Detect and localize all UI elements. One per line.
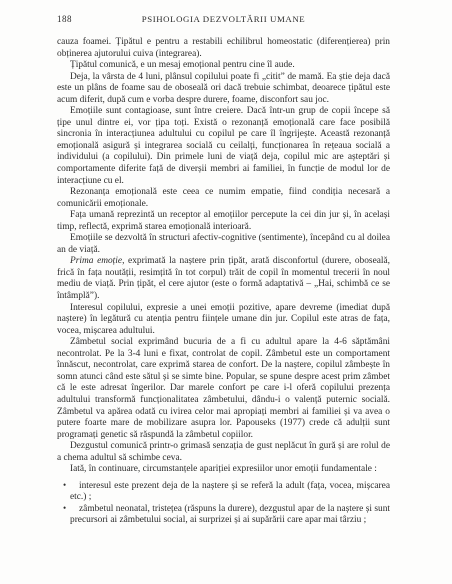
bullet-icon: • — [63, 503, 66, 515]
paragraph: Dezgustul comunică printr-o grimasă senz… — [57, 441, 390, 464]
italic-term: Prima emoție — [70, 256, 122, 266]
bullet-icon: • — [63, 480, 66, 492]
list-item: •interesul este prezent deja de la naște… — [57, 481, 390, 504]
paragraph: Emoțiile se dezvoltă în structuri afecti… — [57, 233, 390, 256]
page-body: cauza foamei. Țipătul e pentru a restabi… — [57, 37, 390, 527]
running-title: PSIHOLOGIA DEZVOLTĂRII UMANE — [57, 14, 390, 24]
list-item-text: zâmbetul neonatal, tristețea (răspuns la… — [70, 504, 390, 526]
paragraph: Prima emoție, exprimată la naștere prin … — [57, 256, 390, 302]
book-page: 188 PSIHOLOGIA DEZVOLTĂRII UMANE cauza f… — [0, 0, 452, 584]
page-number: 188 — [57, 14, 72, 24]
list-item-text: interesul este prezent deja de la nașter… — [70, 481, 390, 503]
paragraph: Fața umană reprezintă un receptor al emo… — [57, 210, 390, 233]
paragraph: Emoțiile sunt contagioase, sunt între cr… — [57, 106, 390, 187]
paragraph-text: Emoțiile sunt contagioase, sunt între cr… — [57, 106, 390, 185]
paragraph: Zâmbetul social exprimând bucuria de a f… — [57, 337, 390, 441]
list-item: •zâmbetul neonatal, tristețea (răspuns l… — [57, 504, 390, 527]
paragraph: Iată, în continuare, circumstanțele apar… — [57, 464, 390, 476]
paragraph-text: Iată, în continuare, circumstanțele apar… — [70, 464, 377, 474]
paragraph-text: Dezgustul comunică printr-o grimasă senz… — [57, 441, 390, 463]
paragraph-text: Deja, la vârsta de 4 luni, plânsul copil… — [57, 72, 390, 105]
page-header: 188 PSIHOLOGIA DEZVOLTĂRII UMANE — [57, 14, 390, 28]
paragraph: Țipătul comunică, e un mesaj emoțional p… — [57, 60, 390, 72]
paragraph-text: Fața umană reprezintă un receptor al emo… — [57, 210, 390, 232]
paragraph-text: Zâmbetul social exprimând bucuria de a f… — [57, 337, 390, 439]
paragraph: Interesul copilului, expresie a unei emo… — [57, 303, 390, 338]
paragraph-text: Rezonanța emoțională este ceea ce numim … — [57, 187, 390, 209]
paragraph-text: Țipătul comunică, e un mesaj emoțional p… — [70, 60, 295, 70]
emotion-circumstances-list: •interesul este prezent deja de la naște… — [57, 481, 390, 527]
paragraph: Deja, la vârsta de 4 luni, plânsul copil… — [57, 72, 390, 107]
paragraph-text: Emoțiile se dezvoltă în structuri afecti… — [57, 233, 390, 255]
paragraph: cauza foamei. Țipătul e pentru a restabi… — [57, 37, 390, 60]
paragraph-text: Interesul copilului, expresie a unei emo… — [57, 303, 390, 336]
paragraph-text: cauza foamei. Țipătul e pentru a restabi… — [57, 37, 390, 59]
paragraph: Rezonanța emoțională este ceea ce numim … — [57, 187, 390, 210]
